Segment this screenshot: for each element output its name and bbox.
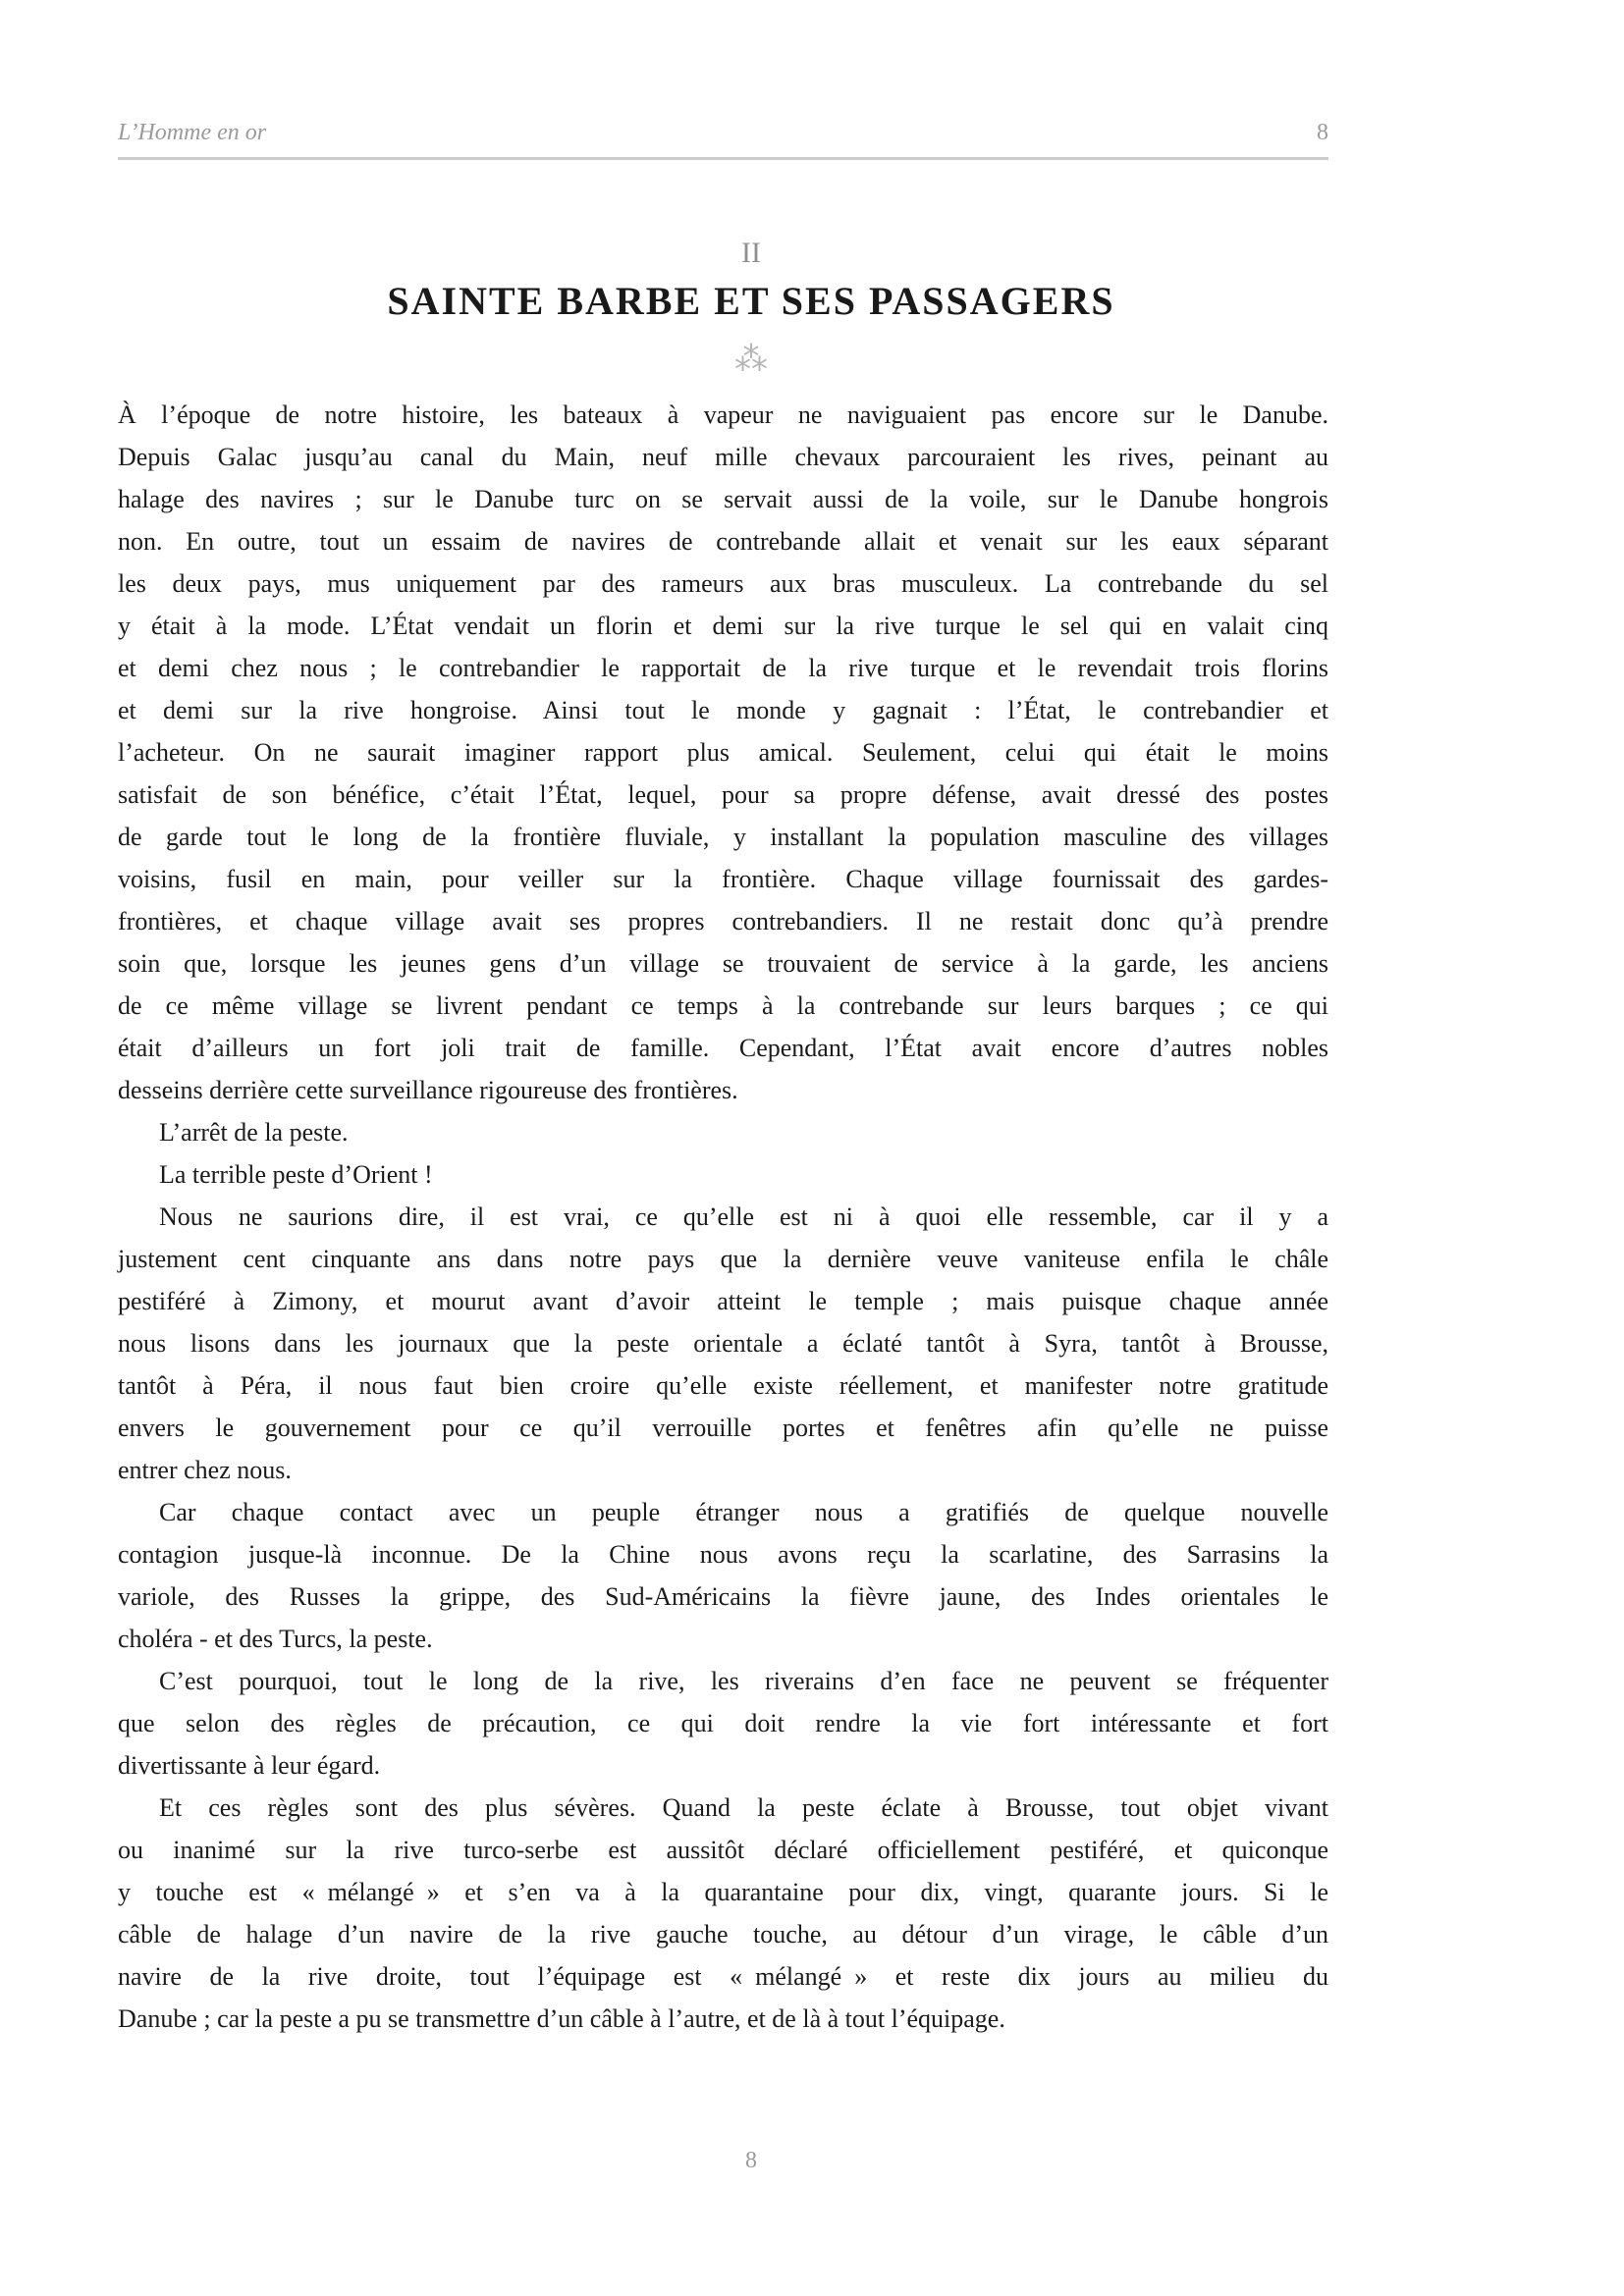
text-line: À l’époque de notre histoire, les bateau… bbox=[118, 394, 1328, 436]
book-page: L’Homme en or 8 II SAINTE BARBE ET SES P… bbox=[0, 0, 1624, 2296]
text-line: de ce même village se livrent pendant ce… bbox=[118, 985, 1328, 1027]
text-line: était d’ailleurs un fort joli trait de f… bbox=[118, 1027, 1328, 1069]
page-content: L’Homme en or 8 II SAINTE BARBE ET SES P… bbox=[118, 0, 1328, 2040]
text-line: divertissante à leur égard. bbox=[118, 1744, 1328, 1787]
chapter-number: II bbox=[118, 239, 1384, 268]
text-line: entrer chez nous. bbox=[118, 1449, 1328, 1491]
text-line: Nous ne saurions dire, il est vrai, ce q… bbox=[118, 1196, 1328, 1238]
text-line: satisfait de son bénéfice, c’était l’Éta… bbox=[118, 774, 1328, 816]
book-title: L’Homme en or bbox=[118, 120, 266, 145]
text-line: ou inanimé sur la rive turco-serbe est a… bbox=[118, 1829, 1328, 1871]
text-line: tantôt à Péra, il nous faut bien croire … bbox=[118, 1364, 1328, 1407]
paragraph: À l’époque de notre histoire, les bateau… bbox=[118, 394, 1328, 1111]
paragraph: L’arrêt de la peste. bbox=[118, 1111, 1328, 1153]
text-line: que selon des règles de précaution, ce q… bbox=[118, 1702, 1328, 1744]
text-line: et demi chez nous ; le contrebandier le … bbox=[118, 647, 1328, 689]
text-line: l’acheteur. On ne saurait imaginer rappo… bbox=[118, 731, 1328, 774]
paragraph: Car chaque contact avec un peuple étrang… bbox=[118, 1491, 1328, 1660]
paragraph: Nous ne saurions dire, il est vrai, ce q… bbox=[118, 1196, 1328, 1491]
text-line: y était à la mode. L’État vendait un flo… bbox=[118, 605, 1328, 647]
header-page-number: 8 bbox=[1317, 120, 1328, 145]
text-line: envers le gouvernement pour ce qu’il ver… bbox=[118, 1407, 1328, 1449]
text-line: La terrible peste d’Orient ! bbox=[118, 1153, 1328, 1196]
text-line: nous lisons dans les journaux que la pes… bbox=[118, 1322, 1328, 1364]
text-line: L’arrêt de la peste. bbox=[118, 1111, 1328, 1153]
text-line: pestiféré à Zimony, et mourut avant d’av… bbox=[118, 1280, 1328, 1322]
text-line: halage des navires ; sur le Danube turc … bbox=[118, 478, 1328, 520]
text-line: les deux pays, mus uniquement par des ra… bbox=[118, 562, 1328, 605]
text-line: non. En outre, tout un essaim de navires… bbox=[118, 520, 1328, 562]
body-text: À l’époque de notre histoire, les bateau… bbox=[118, 394, 1328, 2040]
text-line: et demi sur la rive hongroise. Ainsi tou… bbox=[118, 689, 1328, 731]
text-line: soin que, lorsque les jeunes gens d’un v… bbox=[118, 942, 1328, 985]
text-line: navire de la rive droite, tout l’équipag… bbox=[118, 1955, 1328, 1998]
text-line: Danube ; car la peste a pu se transmettr… bbox=[118, 1998, 1328, 2040]
asterism-ornament-icon: ⁂ bbox=[118, 343, 1384, 376]
text-line: Car chaque contact avec un peuple étrang… bbox=[118, 1491, 1328, 1533]
text-line: voisins, fusil en main, pour veiller sur… bbox=[118, 858, 1328, 900]
paragraph: La terrible peste d’Orient ! bbox=[118, 1153, 1328, 1196]
text-line: câble de halage d’un navire de la rive g… bbox=[118, 1913, 1328, 1955]
paragraph: Et ces règles sont des plus sévères. Qua… bbox=[118, 1787, 1328, 2040]
text-line: variole, des Russes la grippe, des Sud-A… bbox=[118, 1575, 1328, 1618]
text-line: desseins derrière cette surveillance rig… bbox=[118, 1069, 1328, 1111]
running-header: L’Homme en or 8 bbox=[118, 120, 1328, 145]
paragraph: C’est pourquoi, tout le long de la rive,… bbox=[118, 1660, 1328, 1787]
text-line: C’est pourquoi, tout le long de la rive,… bbox=[118, 1660, 1328, 1702]
text-line: contagion jusque-là inconnue. De la Chin… bbox=[118, 1533, 1328, 1575]
text-line: justement cent cinquante ans dans notre … bbox=[118, 1238, 1328, 1280]
chapter-title: SAINTE BARBE ET SES PASSAGERS bbox=[118, 282, 1384, 321]
text-line: de garde tout le long de la frontière fl… bbox=[118, 816, 1328, 858]
text-line: choléra - et des Turcs, la peste. bbox=[118, 1618, 1328, 1660]
text-line: y touche est « mélangé » et s’en va à la… bbox=[118, 1871, 1328, 1913]
text-line: Et ces règles sont des plus sévères. Qua… bbox=[118, 1787, 1328, 1829]
header-rule bbox=[118, 157, 1328, 160]
text-line: Depuis Galac jusqu’au canal du Main, neu… bbox=[118, 436, 1328, 478]
footer-page-number: 8 bbox=[118, 2148, 1384, 2173]
text-line: frontières, et chaque village avait ses … bbox=[118, 900, 1328, 942]
